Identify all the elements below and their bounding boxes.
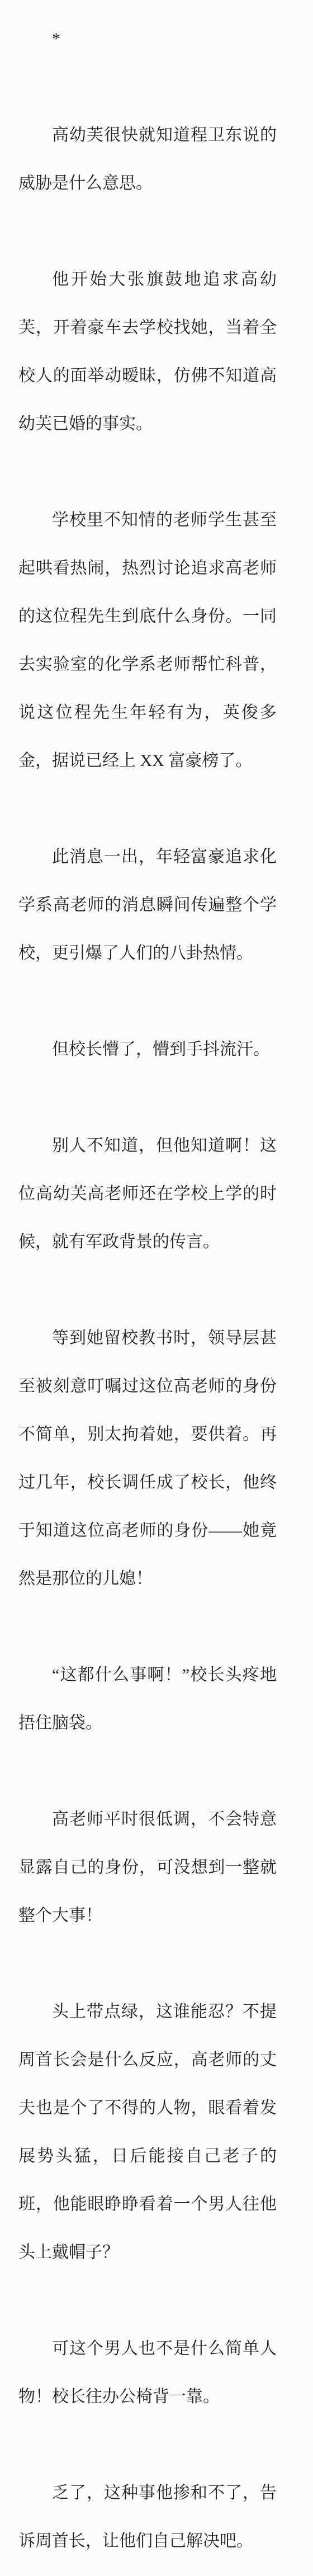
paragraph-6: 别人不知道，但他知道啊！这位高幼芙高老师还在学校上学的时候，就有军政背景的传言。 <box>18 1122 277 1266</box>
paragraph-4: 此消息一出，年轻富豪追求化学系高老师的消息瞬间传遍整个学校，更引爆了人们的八卦热… <box>18 833 277 977</box>
paragraph-1: 高幼芙很快就知道程卫东说的威胁是什么意思。 <box>18 111 277 208</box>
paragraph-10: 头上带点绿，这谁能忍？不提周首长会是什么反应，高老师的丈夫也是个了不得的人物，眼… <box>18 1988 277 2277</box>
paragraph-5: 但校长懵了，懵到手抖流汗。 <box>18 1026 277 1074</box>
paragraph-9: 高老师平时很低调，不会特意显露自己的身份，可没想到一整就整个大事！ <box>18 1795 277 1940</box>
paragraph-2: 他开始大张旗鼓地追求高幼芙，开着豪车去学校找她，当着全校人的面举动暧昧，仿佛不知… <box>18 256 277 448</box>
paragraph-3: 学校里不知情的老师学生甚至起哄看热闹，热烈讨论追求高老师的这位程先生到底什么身份… <box>18 496 277 785</box>
paragraph-8: “这都什么事啊！”校长头疼地捂住脑袋。 <box>18 1651 277 1747</box>
section-divider-asterisk: * <box>18 15 277 63</box>
paragraph-11: 可这个男人也不是什么简单人物！校长往办公椅背一靠。 <box>18 2325 277 2421</box>
paragraph-7: 等到她留校教书时，领导层甚至被刻意叮嘱过这位高老师的身份不简单，别太拘着她，要供… <box>18 1314 277 1603</box>
reader-page[interactable]: * 高幼芙很快就知道程卫东说的威胁是什么意思。 他开始大张旗鼓地追求高幼芙，开着… <box>0 0 313 2576</box>
paragraph-12: 乏了，这种事他掺和不了，告诉周首长，让他们自己解决吧。 <box>18 2469 277 2565</box>
